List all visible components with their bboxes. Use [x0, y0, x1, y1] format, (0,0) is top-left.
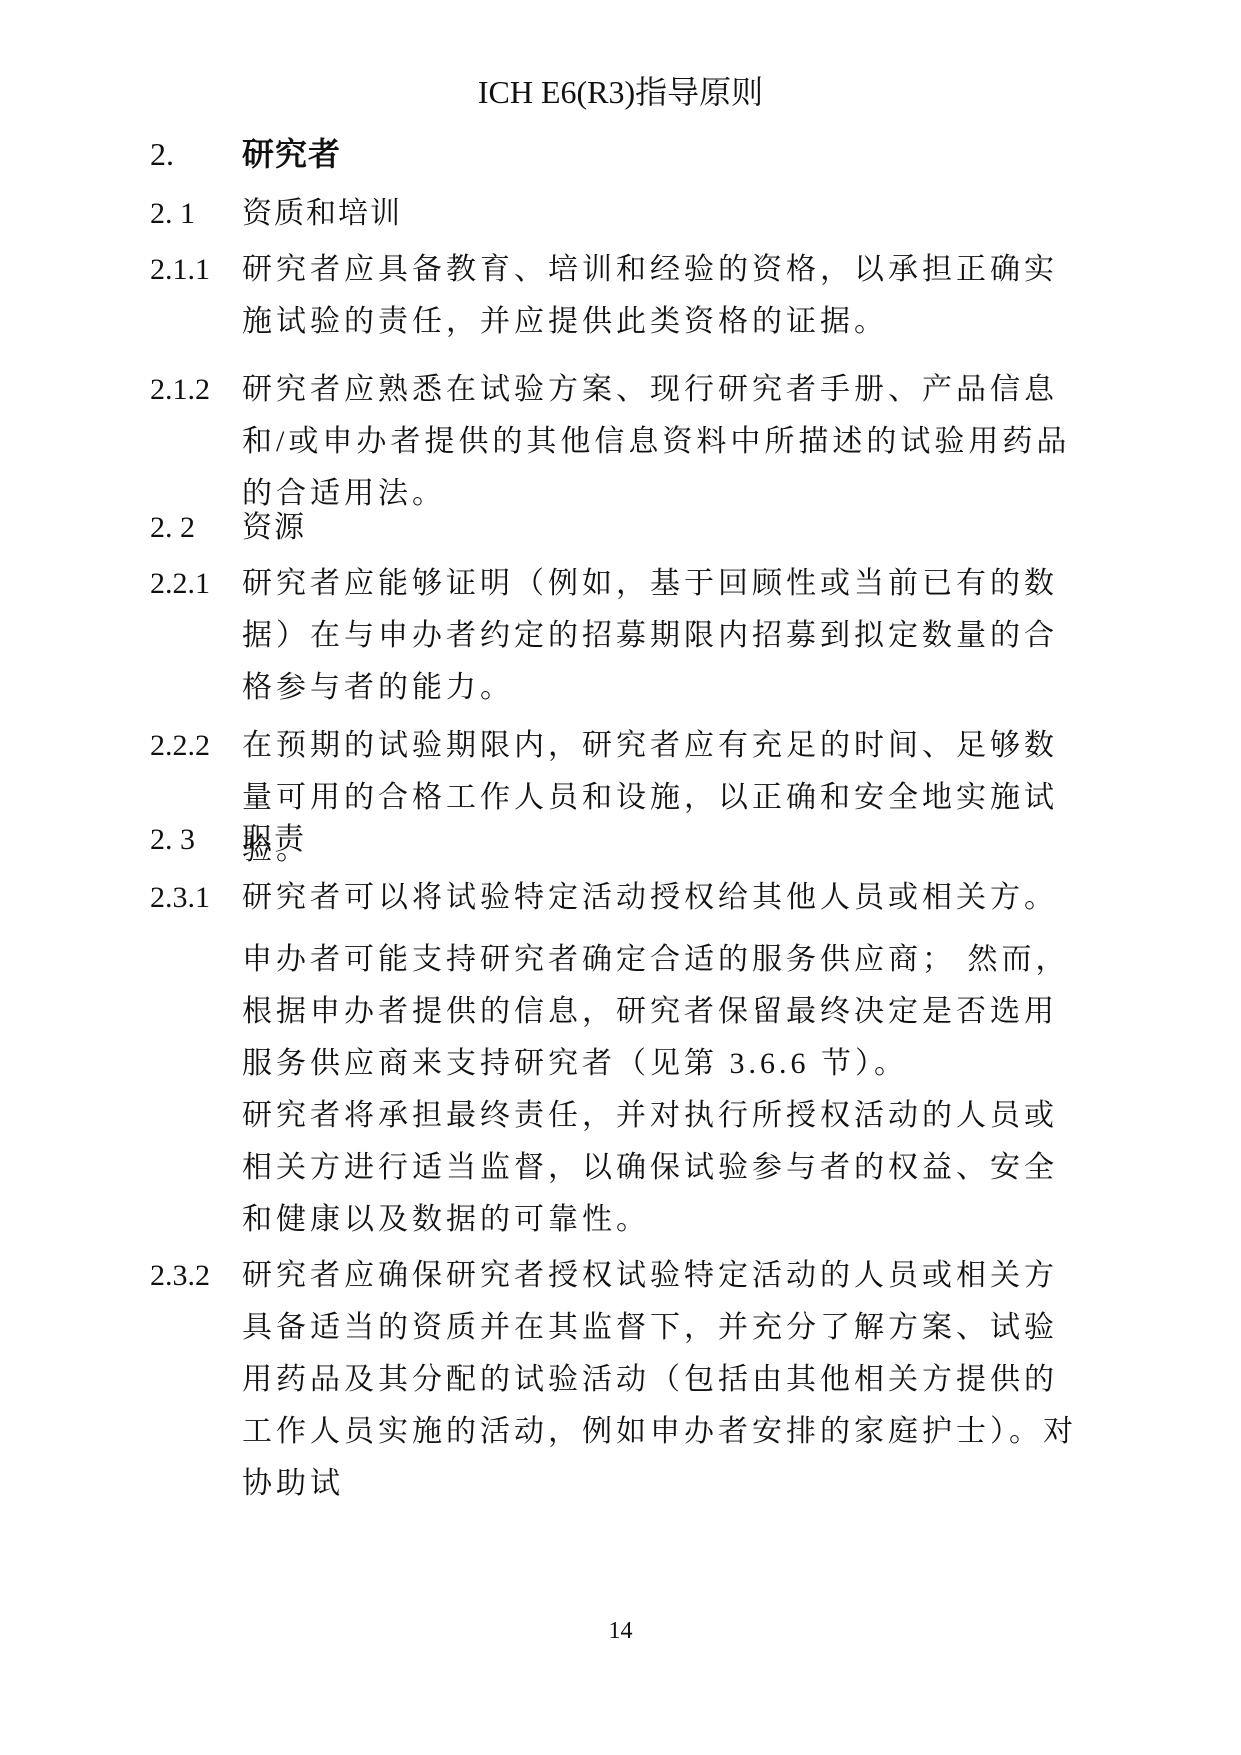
clause-text: 研究者应能够证明（例如，基于回顾性或当前已有的数据）在与申办者约定的招募期限内招… [242, 558, 1082, 714]
document-header: ICH E6(R3)指导原则 [0, 72, 1241, 112]
clause-2-3-1-paragraph-2: 研究者将承担最终责任，并对执行所授权活动的人员或相关方进行适当监督，以确保试验参… [242, 1090, 1082, 1246]
clause-number: 2.1.2 [150, 364, 210, 416]
section-title: 研究者 [242, 128, 1082, 180]
clause-number: 2.2.2 [150, 720, 210, 772]
section-title: 资源 [242, 502, 1082, 554]
section-title: 资质和培训 [242, 188, 1082, 240]
page-number: 14 [0, 1618, 1241, 1645]
section-title: 职责 [242, 814, 1082, 866]
clause-number: 2.2.1 [150, 558, 210, 610]
section-number: 2. 3 [150, 814, 195, 866]
clause-number: 2.3.2 [150, 1250, 210, 1302]
clause-text: 研究者可以将试验特定活动授权给其他人员或相关方。 [242, 872, 1082, 924]
clause-text: 研究者应具备教育、培训和经验的资格，以承担正确实施试验的责任，并应提供此类资格的… [242, 244, 1082, 348]
section-number: 2. [150, 128, 174, 180]
clause-number: 2.3.1 [150, 872, 210, 924]
clause-text: 研究者应确保研究者授权试验特定活动的人员或相关方具备适当的资质并在其监督下，并充… [242, 1250, 1082, 1510]
section-number: 2. 1 [150, 188, 195, 240]
clause-text: 研究者应熟悉在试验方案、现行研究者手册、产品信息和/或申办者提供的其他信息资料中… [242, 364, 1082, 520]
clause-2-3-1-paragraph-1: 申办者可能支持研究者确定合适的服务供应商； 然而，根据申办者提供的信息，研究者保… [242, 934, 1082, 1090]
clause-number: 2.1.1 [150, 244, 210, 296]
section-number: 2. 2 [150, 502, 195, 554]
